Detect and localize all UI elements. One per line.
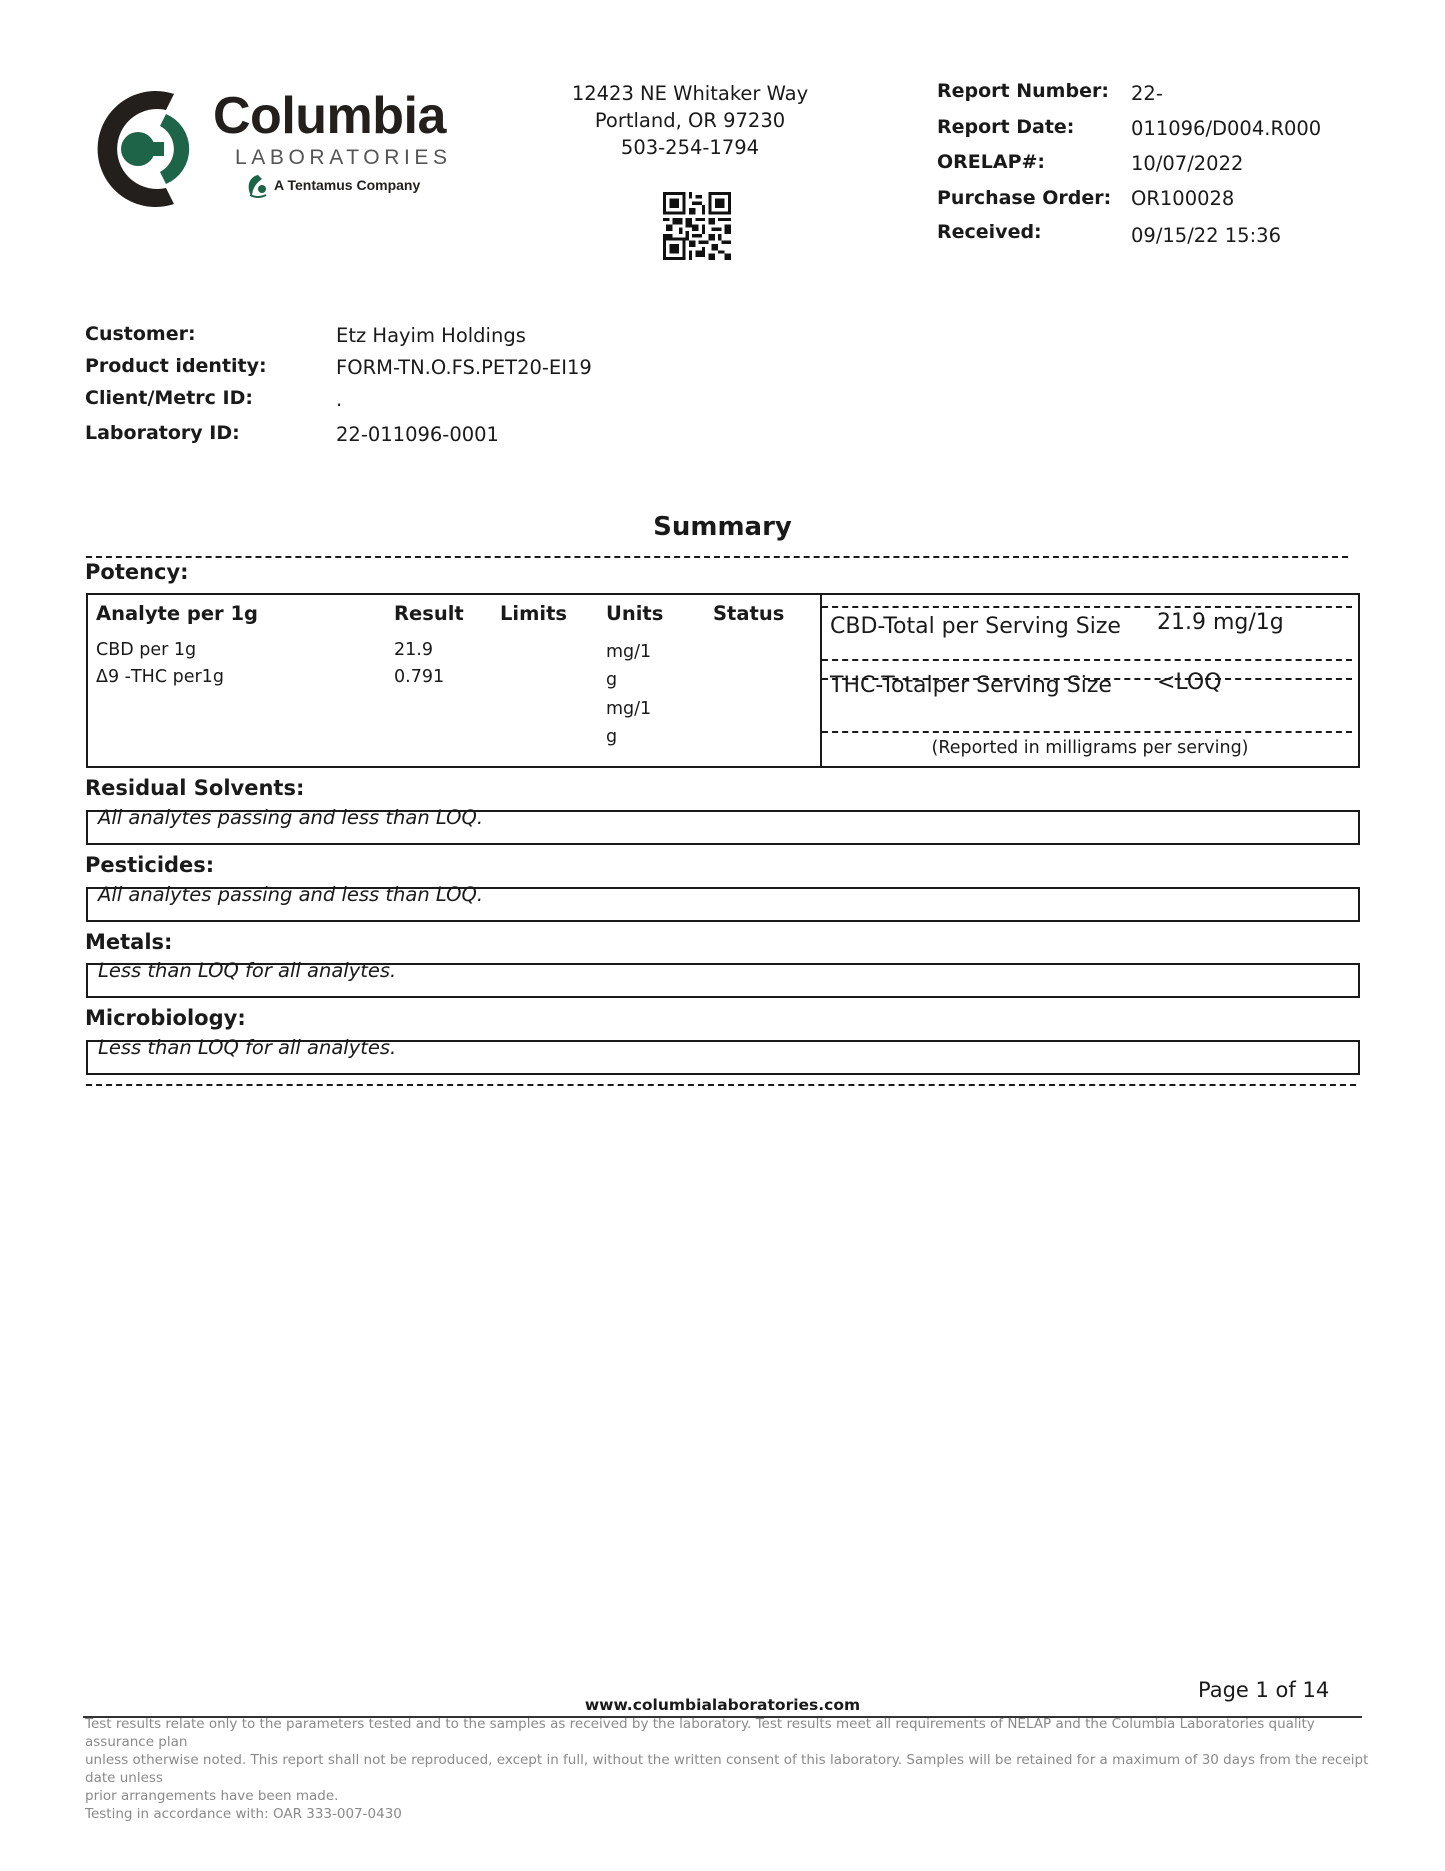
product-identity-label: Product identity: (85, 355, 267, 377)
thc-serving-value: <LOQ (1157, 670, 1222, 695)
disclaimer-line: prior arrangements have been made. (85, 1787, 1375, 1805)
microbiology-box: Less than LOQ for all analytes. (86, 1040, 1360, 1075)
lab-address: 12423 NE Whitaker Way Portland, OR 97230… (540, 80, 840, 161)
product-identity-value: FORM-TN.O.FS.PET20-EI19 (336, 356, 592, 379)
report-date-label: Report Date: (937, 116, 1074, 138)
client-metrc-id-value: . (336, 388, 342, 411)
serving-note: (Reported in milligrams per serving) (822, 738, 1358, 758)
row-units-line1: mg/1 (606, 699, 651, 719)
orelap-value: 10/07/2022 (1131, 152, 1243, 175)
disclaimer-line: Testing in accordance with: OAR 333-007-… (85, 1805, 1375, 1823)
metals-title: Metals: (85, 930, 172, 954)
residual-solvents-box: All analytes passing and less than LOQ. (86, 810, 1360, 845)
thc-serving-label: THC-Totalper Serving Size (830, 673, 1112, 698)
customer-label: Customer: (85, 323, 196, 345)
potency-header-result: Result (394, 602, 464, 625)
potency-header-analyte: Analyte per 1g (96, 602, 258, 625)
qr-code-icon (663, 192, 731, 260)
laboratory-id-label: Laboratory ID: (85, 422, 240, 444)
logo-subtitle: LABORATORIES (235, 146, 452, 170)
pesticides-text: All analytes passing and less than LOQ. (98, 883, 483, 906)
row-units-line1: mg/1 (606, 642, 651, 662)
logo-wordmark: Columbia (213, 86, 446, 146)
address-phone: 503-254-1794 (540, 134, 840, 161)
pesticides-box: All analytes passing and less than LOQ. (86, 887, 1360, 922)
serving-divider (822, 659, 1352, 661)
serving-divider (822, 606, 1352, 608)
cbd-serving-label: CBD-Total per Serving Size (830, 614, 1121, 639)
row-units-line2: g (606, 670, 617, 690)
residual-solvents-title: Residual Solvents: (85, 776, 304, 800)
cbd-serving-value: 21.9 mg/1g (1157, 610, 1284, 635)
report-number-label: Report Number: (937, 80, 1109, 102)
row-analyte: CBD per 1g (96, 640, 196, 660)
row-units-line2: g (606, 727, 617, 747)
pesticides-title: Pesticides: (85, 853, 214, 877)
row-result: 21.9 (394, 640, 433, 660)
disclaimer-line: unless otherwise noted. This report shal… (85, 1751, 1375, 1787)
summary-top-divider (86, 556, 1348, 558)
metals-box: Less than LOQ for all analytes. (86, 963, 1360, 998)
serving-divider (822, 731, 1352, 733)
received-label: Received: (937, 221, 1042, 243)
logo-tagline: A Tentamus Company (274, 177, 420, 193)
row-analyte: Δ9 -THC per1g (96, 667, 224, 687)
purchase-order-value: OR100028 (1131, 187, 1234, 210)
customer-value: Etz Hayim Holdings (336, 324, 526, 347)
potency-header-status: Status (713, 602, 784, 625)
received-value: 09/15/22 15:36 (1131, 224, 1281, 247)
website-link[interactable]: www.columbialaboratories.com (0, 1696, 1445, 1714)
disclaimer-line: Test results relate only to the paramete… (85, 1715, 1375, 1751)
tentamus-leaf-icon (244, 173, 270, 199)
metals-text: Less than LOQ for all analytes. (98, 959, 396, 982)
address-city: Portland, OR 97230 (540, 107, 840, 134)
orelap-label: ORELAP#: (937, 151, 1045, 173)
potency-header-limits: Limits (500, 602, 567, 625)
report-number-value: 22- (1131, 82, 1163, 105)
address-street: 12423 NE Whitaker Way (540, 80, 840, 107)
potency-title: Potency: (85, 560, 189, 584)
row-result: 0.791 (394, 667, 444, 687)
summary-title: Summary (0, 512, 1445, 542)
summary-bottom-divider (86, 1084, 1356, 1086)
purchase-order-label: Purchase Order: (937, 187, 1111, 209)
residual-solvents-text: All analytes passing and less than LOQ. (98, 806, 483, 829)
company-logo: Columbia LABORATORIES A Tentamus Company (88, 84, 460, 214)
client-metrc-id-label: Client/Metrc ID: (85, 387, 253, 409)
report-date-value: 011096/D004.R000 (1131, 117, 1321, 140)
columbia-c-logo-icon (88, 84, 218, 214)
microbiology-title: Microbiology: (85, 1006, 246, 1030)
laboratory-id-value: 22-011096-0001 (336, 423, 499, 446)
potency-header-units: Units (606, 602, 663, 625)
microbiology-text: Less than LOQ for all analytes. (98, 1036, 396, 1059)
footer-disclaimer: Test results relate only to the paramete… (85, 1715, 1375, 1823)
